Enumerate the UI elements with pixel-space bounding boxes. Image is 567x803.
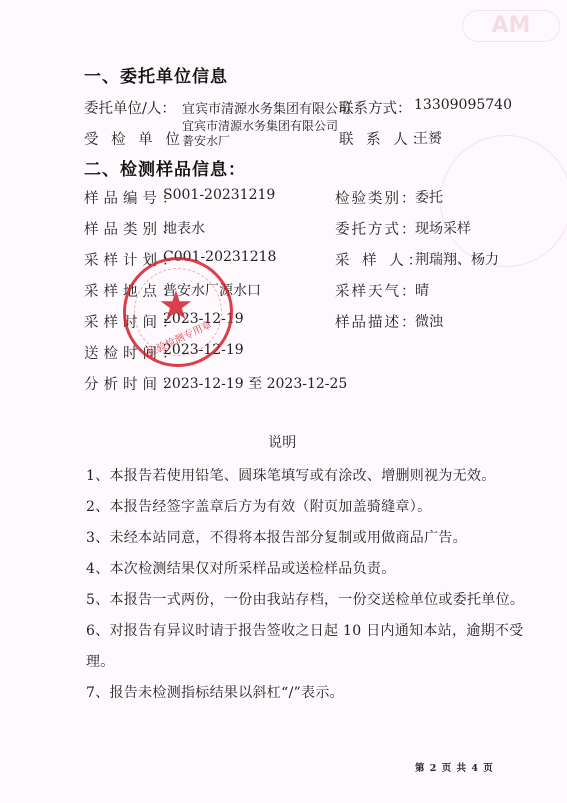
- page-number: 第 2 页 共 4 页: [415, 760, 494, 774]
- note-item-4: 4、本次检测结果仅对所采样品或送检样品负责。: [86, 558, 396, 578]
- analysis-time-value: 2023-12-19 至 2023-12-25: [163, 373, 347, 393]
- inspection-category-value: 委托: [415, 187, 443, 207]
- contact-method-label: 联系方式：: [339, 97, 412, 118]
- sample-type-value: 地表水: [163, 218, 205, 238]
- notes-title: 说明: [268, 432, 297, 452]
- note-item-6-continued: 理。: [86, 651, 115, 671]
- note-item-3: 3、未经本站同意，不得将本报告部分复制或用做商品广告。: [86, 527, 467, 547]
- sampler-value: 荆瑞翔、杨力: [415, 249, 499, 269]
- note-item-7: 7、报告未检测指标结果以斜杠“/”表示。: [86, 682, 344, 702]
- sampling-weather-label: 采样天气：: [335, 280, 418, 301]
- client-value: 宜宾市清源水务集团有限公司: [182, 98, 351, 117]
- inspection-category-label: 检验类别：: [335, 187, 418, 208]
- lab-logo: AM: [462, 10, 560, 42]
- sampler-label: 采 样 人：: [335, 249, 426, 270]
- sample-id-value: S001-20231219: [163, 187, 275, 203]
- note-item-2: 2、本报告经签字盖章后方为有效（附页加盖骑缝章）。: [86, 496, 431, 516]
- sample-description-label: 样品描述：: [335, 311, 418, 332]
- section1-title: 一、委托单位信息: [84, 62, 228, 87]
- seal-star-icon: ★: [158, 286, 194, 326]
- commission-method-value: 现场采样: [415, 218, 471, 238]
- sample-description-value: 微浊: [415, 311, 443, 331]
- sampling-weather-value: 晴: [415, 280, 429, 300]
- inspected-unit-value-line1: 宜宾市清源水务集团有限公司: [182, 119, 338, 134]
- commission-method-label: 委托方式：: [335, 218, 418, 239]
- client-label: 委托单位/人：: [84, 97, 176, 118]
- note-item-1: 1、本报告若使用铅笔、圆珠笔填写或有涂改、增删则视为无效。: [86, 465, 496, 485]
- contact-method-value: 13309095740: [414, 97, 512, 113]
- official-seal: ★ 检验检测专用章: [123, 257, 233, 367]
- report-page: AM 一、委托单位信息 委托单位/人： 宜宾市清源水务集团有限公司 联系方式： …: [0, 0, 567, 803]
- note-item-6: 6、对报告有异议时请于报告签收之日起 10 日内通知本站，逾期不受: [86, 620, 524, 640]
- contact-person-value: 王赟: [414, 128, 442, 148]
- inspected-unit-value-line2: 普安水厂: [182, 134, 230, 149]
- faint-seal-impression: [440, 135, 567, 267]
- section2-title: 二、检测样品信息：: [84, 155, 246, 180]
- note-item-5: 5、本报告一式两份，一份由我站存档，一份交送检单位或委托单位。: [86, 589, 524, 609]
